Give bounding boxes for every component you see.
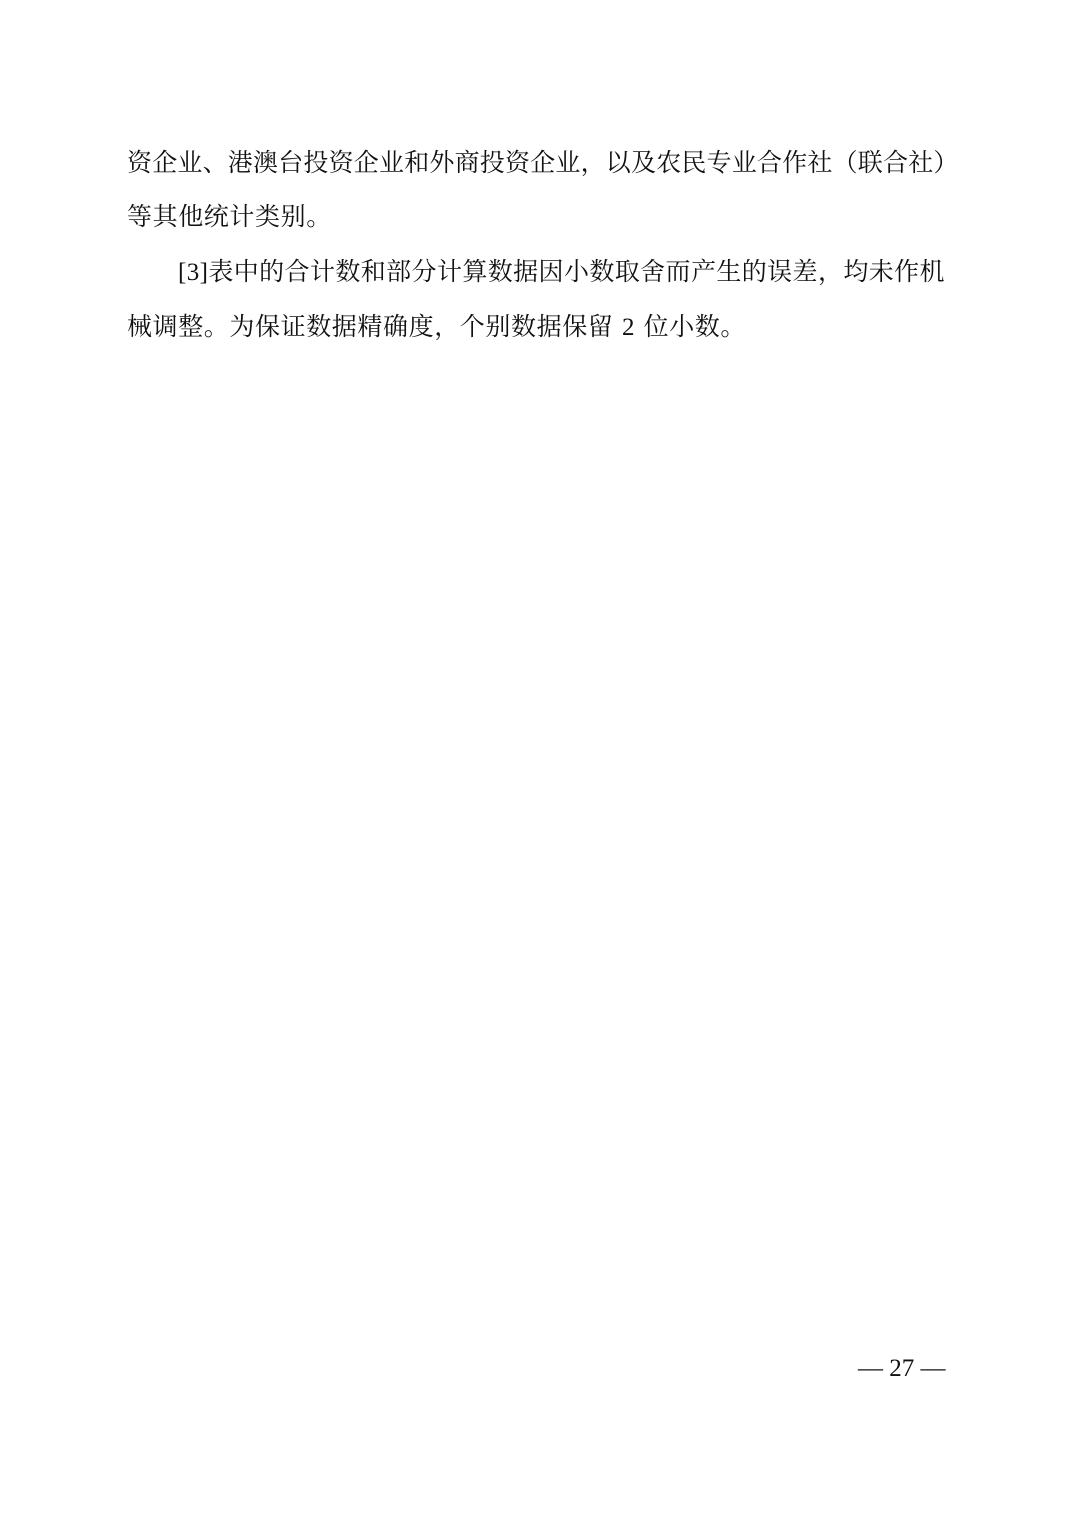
paragraph-1-line-2: 等其他统计类别。 <box>127 202 947 232</box>
paragraph-1-line-1: 资企业、港澳台投资企业和外商投资企业，以及农民专业合作社（联合社） <box>127 148 947 178</box>
footnote-marker: [3] <box>178 259 208 286</box>
page-number: — 27 — <box>858 1354 946 1384</box>
document-page: 资企业、港澳台投资企业和外商投资企业，以及农民专业合作社（联合社） 等其他统计类… <box>0 0 1074 1520</box>
paragraph-2-line-1: [3]表中的合计数和部分计算数据因小数取舍而产生的误差，均未作机 <box>178 257 998 288</box>
paragraph-2-text-3: 位小数。 <box>644 312 746 341</box>
paragraph-2-line-2: 械调整。为保证数据精确度，个别数据保留 2 位小数。 <box>127 312 947 343</box>
paragraph-2-text-2: 械调整。为保证数据精确度，个别数据保留 <box>127 312 613 341</box>
paragraph-2-text-1: 表中的合计数和部分计算数据因小数取舍而产生的误差，均未作机 <box>208 257 945 286</box>
decimal-places-number: 2 <box>622 314 635 341</box>
